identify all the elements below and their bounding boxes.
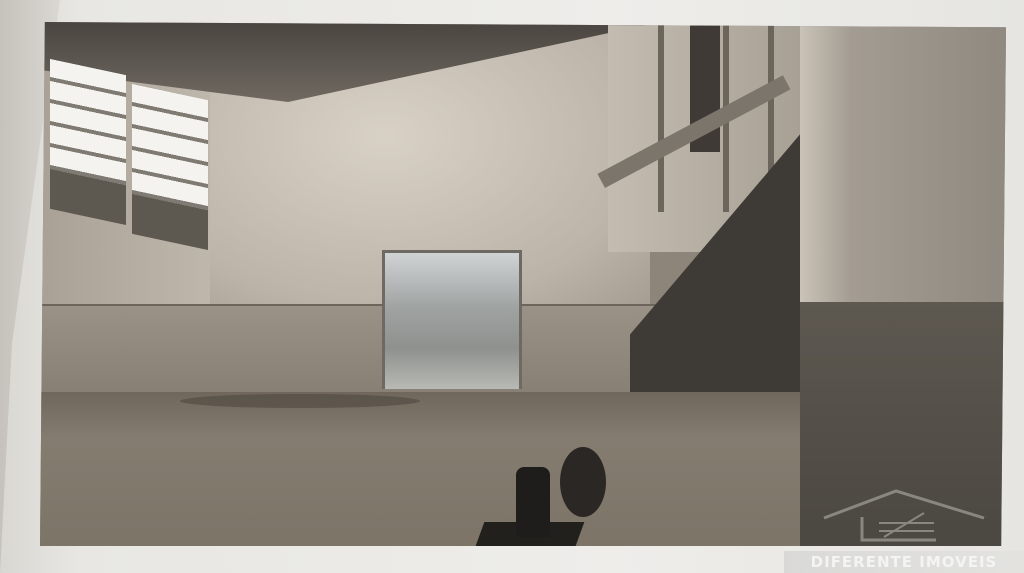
doorway (382, 250, 522, 389)
floor-object (560, 447, 606, 517)
floor (40, 392, 800, 546)
warehouse-photo (40, 22, 1006, 546)
floor-object (516, 467, 550, 537)
mezzanine-post (658, 22, 664, 212)
louver-window (132, 84, 208, 250)
floor-stain (180, 394, 420, 408)
right-wall (800, 22, 1006, 304)
watermark-text: DIFERENTE IMOVEIS (784, 551, 1024, 573)
louver-window (50, 59, 126, 225)
house-roof-logo-icon (784, 485, 1004, 547)
